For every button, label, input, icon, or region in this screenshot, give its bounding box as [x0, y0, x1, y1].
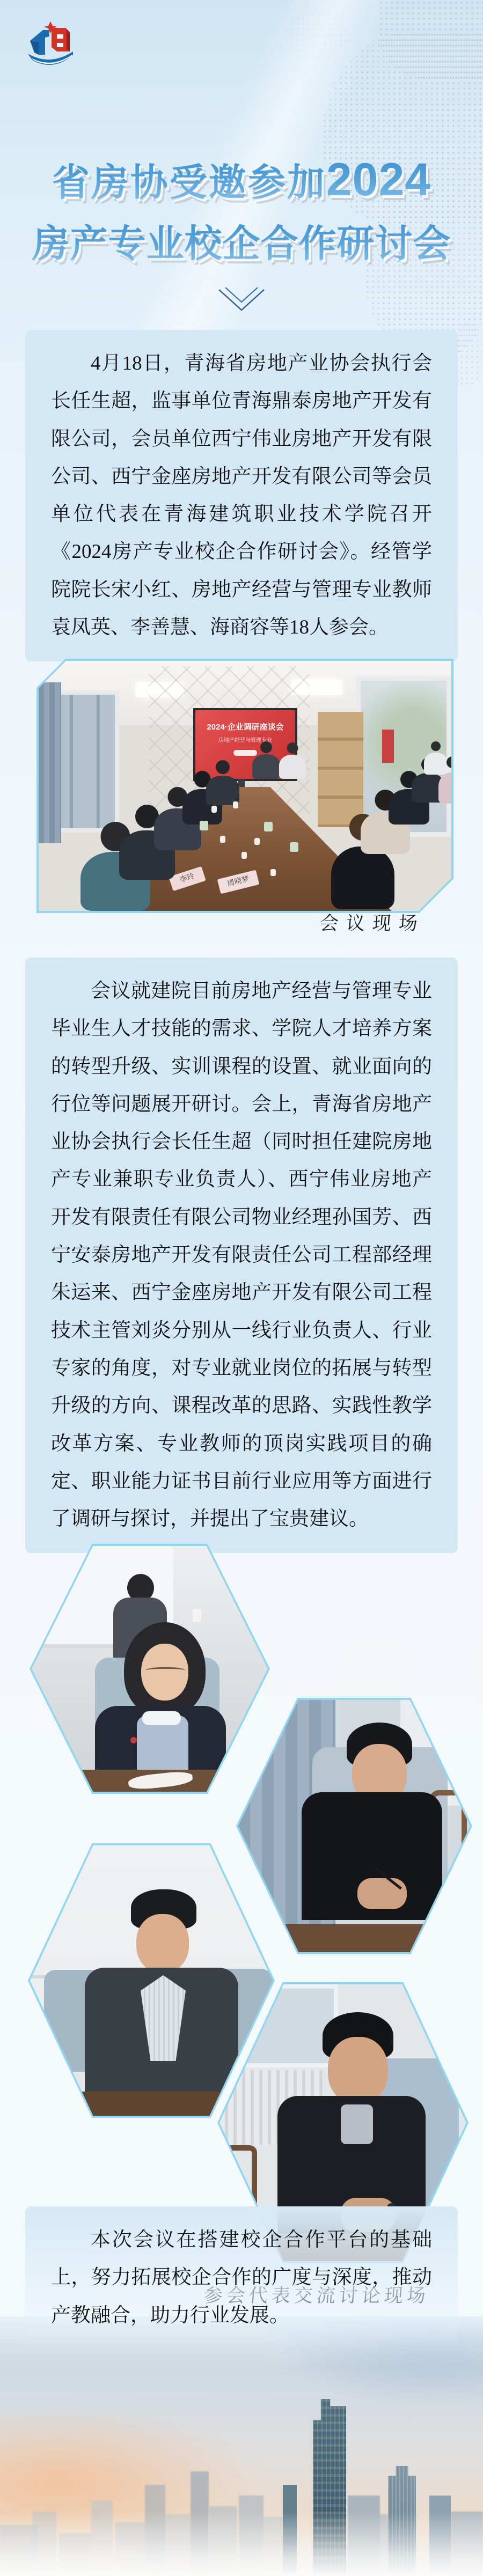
tissue-box: [290, 842, 298, 852]
page-title-line1: 省房协受邀参加2024: [0, 152, 483, 207]
screen-title: 2024·企业调研座谈会: [195, 721, 295, 732]
bookshelf: [318, 712, 363, 827]
paper-cup: [241, 852, 247, 859]
paper-cup: [211, 806, 217, 813]
paragraph-box-1: 4月18日，青海省房地产业协会执行会长任生超，监事单位青海鼎泰房地产开发有限公司…: [25, 330, 458, 661]
meeting-photo: 2024·企业调研座谈会 房地产经营与管理专业 李玲 周晓梦: [39, 661, 451, 911]
curtain-left: [39, 682, 61, 843]
person-figure: [438, 756, 451, 804]
article-paragraph: 4月18日，青海省房地产业协会执行会长任生超，监事单位青海鼎泰房地产开发有限公司…: [51, 345, 432, 646]
person-figure: [252, 741, 280, 779]
name-plate-text: 李玲: [179, 872, 195, 885]
photo1-caption: 会议现场: [319, 909, 426, 936]
hexagon-photo-frame-2: [236, 1698, 472, 1954]
paper-cup: [254, 838, 260, 845]
paragraph-box-3: 本次会议在搭建校企合作平台的基础上，努力拓展校企合作的广度与深度，推动产教融合，…: [25, 2206, 458, 2350]
shirt-collar: [142, 1711, 181, 1725]
hexagon-photo-frame-1: [30, 1544, 270, 1794]
paper-cup: [270, 869, 276, 876]
paragraph-box-2: 会议就建院目前房地产经营与管理专业毕业生人才技能的需求、学院人才培养方案的转型升…: [25, 958, 458, 1553]
mist-overlay: [0, 2512, 483, 2576]
hexagon-photo-frame-3: [28, 1843, 275, 2118]
paper-cup: [233, 801, 238, 808]
tissue-box: [264, 822, 273, 831]
person-face: [136, 1914, 189, 1973]
person-figure: [206, 760, 239, 805]
tissue-box: [200, 821, 208, 830]
title-divider: [30, 286, 453, 317]
party-pin: [130, 1737, 137, 1743]
person-shirt: [341, 2104, 373, 2144]
person-figure: [279, 742, 306, 779]
page-title-line2: 房产专业校企合作研讨会: [0, 214, 483, 268]
paper-cup: [193, 1609, 201, 1622]
clasped-hands: [357, 1878, 407, 1909]
city-skyline-image: [0, 2316, 483, 2576]
table-edge: [238, 1924, 470, 1952]
hexagon-photo-suit-man: [30, 1845, 273, 2116]
red-banner: [382, 730, 394, 763]
association-logo-icon: [26, 21, 75, 65]
person-face: [328, 2037, 388, 2104]
chevron-down-icon: [219, 290, 264, 310]
glasses-icon: [145, 1667, 185, 1675]
article-paragraph: 会议就建院目前房地产经营与管理专业毕业生人才技能的需求、学院人才培养方案的转型升…: [51, 973, 432, 1538]
article-paragraph: 本次会议在搭建校企合作平台的基础上，努力拓展校企合作的广度与深度，推动产教融合，…: [51, 2221, 432, 2335]
article-page: 省房协受邀参加2024 房产专业校企合作研讨会 4月18日，青海省房地产业协会执…: [0, 0, 483, 2576]
world-map-dots: [284, 11, 349, 59]
name-plate-text: 周晓梦: [226, 875, 250, 888]
hexagon-photo-listener-man: [238, 1700, 470, 1952]
meeting-photo-frame: 2024·企业调研座谈会 房地产经营与管理专业 李玲 周晓梦: [36, 659, 453, 913]
hexagon-photo-speaker-woman: [32, 1546, 268, 1792]
world-map-dots: [453, 322, 483, 386]
paper-cup: [220, 836, 225, 843]
